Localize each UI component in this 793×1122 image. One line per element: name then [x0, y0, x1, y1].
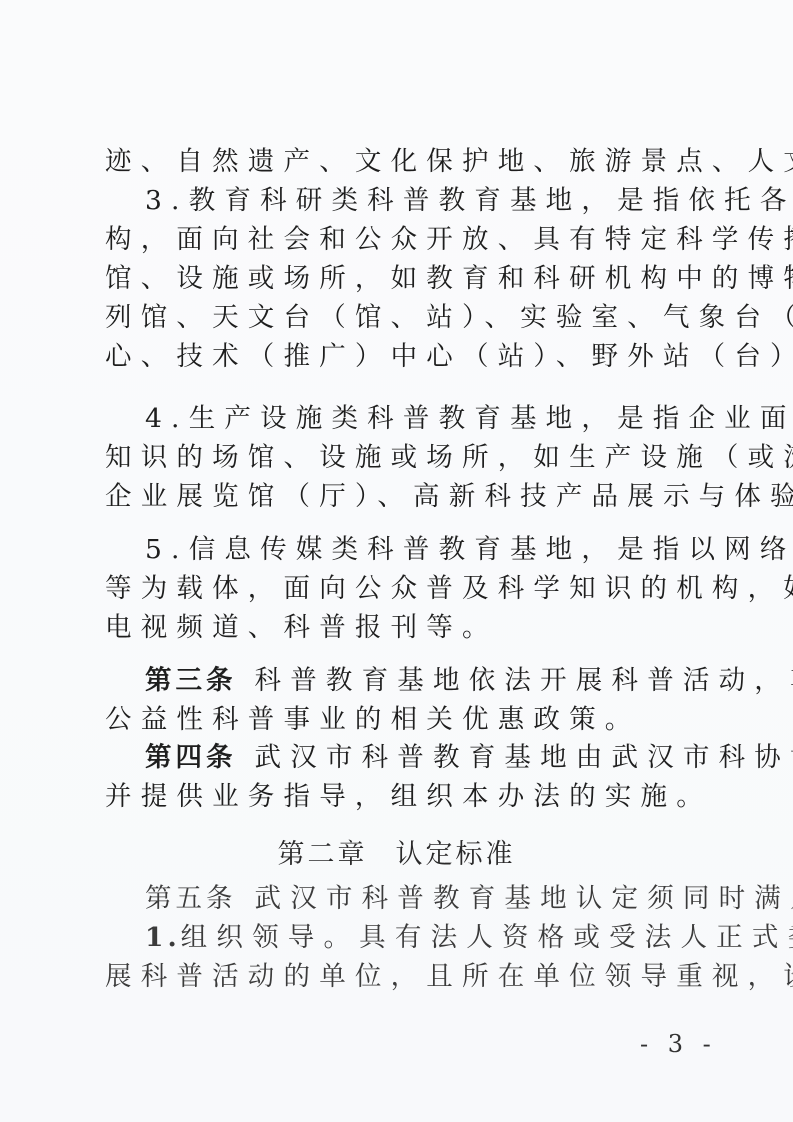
item-4-line-3: 企业展览馆（厅）、高新科技产品展示与体验场所。: [105, 481, 715, 513]
page-number: - 3 -: [640, 1030, 717, 1058]
article-3-line-1: 第三条科普教育基地依法开展科普活动，享受国家给予: [145, 665, 755, 697]
criteria-item-1-line-1: 1.组织领导。具有法人资格或受法人正式委托，能独立开: [145, 922, 755, 954]
item-5-line-3: 电视频道、科普报刊等。: [105, 612, 715, 644]
text-line: 列馆、天文台（馆、站）、实验室、气象台（场、站）、工程中: [105, 302, 793, 333]
text-line: 电视频道、科普报刊等。: [105, 612, 498, 643]
text-line: 武汉市科普教育基地由武汉市科协认定及命名，: [255, 742, 793, 773]
item-4-line-1: 4.生产设施类科普教育基地，是指企业面向公众普及科学: [145, 403, 755, 435]
text-line: 具有法人资格或受法人正式委托，能独立开: [359, 922, 793, 953]
chapter-number: 第二章: [278, 839, 368, 870]
text-line: 心、技术（推广）中心（站）、野外站（台）等研究实验基地。: [105, 341, 793, 372]
text-line: 展科普活动的单位，且所在单位领导重视，设有专门的科普工: [105, 961, 793, 992]
paragraph-2-continuation: 迹、自然遗产、文化保护地、旅游景点、人文景观等。: [105, 146, 715, 178]
text-line: 公益性科普事业的相关优惠政策。: [105, 704, 641, 735]
text-line: 知识的场馆、设施或场所，如生产设施（或流程）、科技园区、: [105, 442, 793, 473]
text-line: 并提供业务指导，组织本办法的实施。: [105, 781, 712, 812]
item-4-line-2: 知识的场馆、设施或场所，如生产设施（或流程）、科技园区、: [105, 442, 715, 474]
chapter-heading: 第二章认定标准: [0, 832, 793, 871]
text-line: 迹、自然遗产、文化保护地、旅游景点、人文景观等。: [105, 146, 793, 177]
text-line: 武汉市科普教育基地认定须同时满足以下条件：: [255, 883, 793, 914]
text-line: 科普教育基地依法开展科普活动，享受国家给予: [255, 665, 793, 696]
item-3-line-1: 3.教育科研类科普教育基地，是指依托各类教育和科研机: [145, 185, 755, 217]
item-heading: 组织领导。: [181, 922, 360, 953]
article-label: 第四条: [145, 742, 237, 773]
item-number: 1.: [145, 922, 181, 953]
criteria-item-1-line-2: 展科普活动的单位，且所在单位领导重视，设有专门的科普工: [105, 961, 715, 993]
article-4-line-2: 并提供业务指导，组织本办法的实施。: [105, 781, 715, 813]
text-line: 生产设施类科普教育基地，是指企业面向公众普及科学: [189, 403, 793, 434]
item-3-line-2: 构，面向社会和公众开放、具有特定科学传播与普及功能的场: [105, 224, 715, 256]
article-label: 第三条: [145, 665, 237, 696]
item-5-line-1: 5.信息传媒类科普教育基地，是指以网络、电子、印刷品: [145, 534, 755, 566]
text-line: 构，面向社会和公众开放、具有特定科学传播与普及功能的场: [105, 224, 793, 255]
article-4-line-1: 第四条武汉市科普教育基地由武汉市科协认定及命名，: [145, 742, 755, 774]
chapter-title: 认定标准: [396, 839, 516, 870]
text-line: 信息传媒类科普教育基地，是指以网络、电子、印刷品: [189, 534, 793, 565]
text-line: 馆、设施或场所，如教育和科研机构中的博物馆、标本馆、陈: [105, 263, 793, 294]
text-line: 教育科研类科普教育基地，是指依托各类教育和科研机: [189, 185, 793, 216]
item-3-line-4: 列馆、天文台（馆、站）、实验室、气象台（场、站）、工程中: [105, 302, 715, 334]
article-3-line-2: 公益性科普事业的相关优惠政策。: [105, 704, 715, 736]
article-label: 第五条: [145, 883, 237, 914]
item-number: 3.: [145, 185, 189, 216]
item-number: 4.: [145, 403, 189, 434]
item-5-line-2: 等为载体，面向公众普及科学知识的机构，如科普网站、科教: [105, 573, 715, 605]
document-page: 迹、自然遗产、文化保护地、旅游景点、人文景观等。 3.教育科研类科普教育基地，是…: [0, 0, 793, 1122]
item-3-line-3: 馆、设施或场所，如教育和科研机构中的博物馆、标本馆、陈: [105, 263, 715, 295]
item-3-line-5: 心、技术（推广）中心（站）、野外站（台）等研究实验基地。: [105, 341, 715, 373]
text-line: 企业展览馆（厅）、高新科技产品展示与体验场所。: [105, 481, 793, 512]
text-line: 等为载体，面向公众普及科学知识的机构，如科普网站、科教: [105, 573, 793, 604]
item-number: 5.: [145, 534, 189, 565]
article-5-line-1: 第五条武汉市科普教育基地认定须同时满足以下条件：: [145, 883, 755, 915]
